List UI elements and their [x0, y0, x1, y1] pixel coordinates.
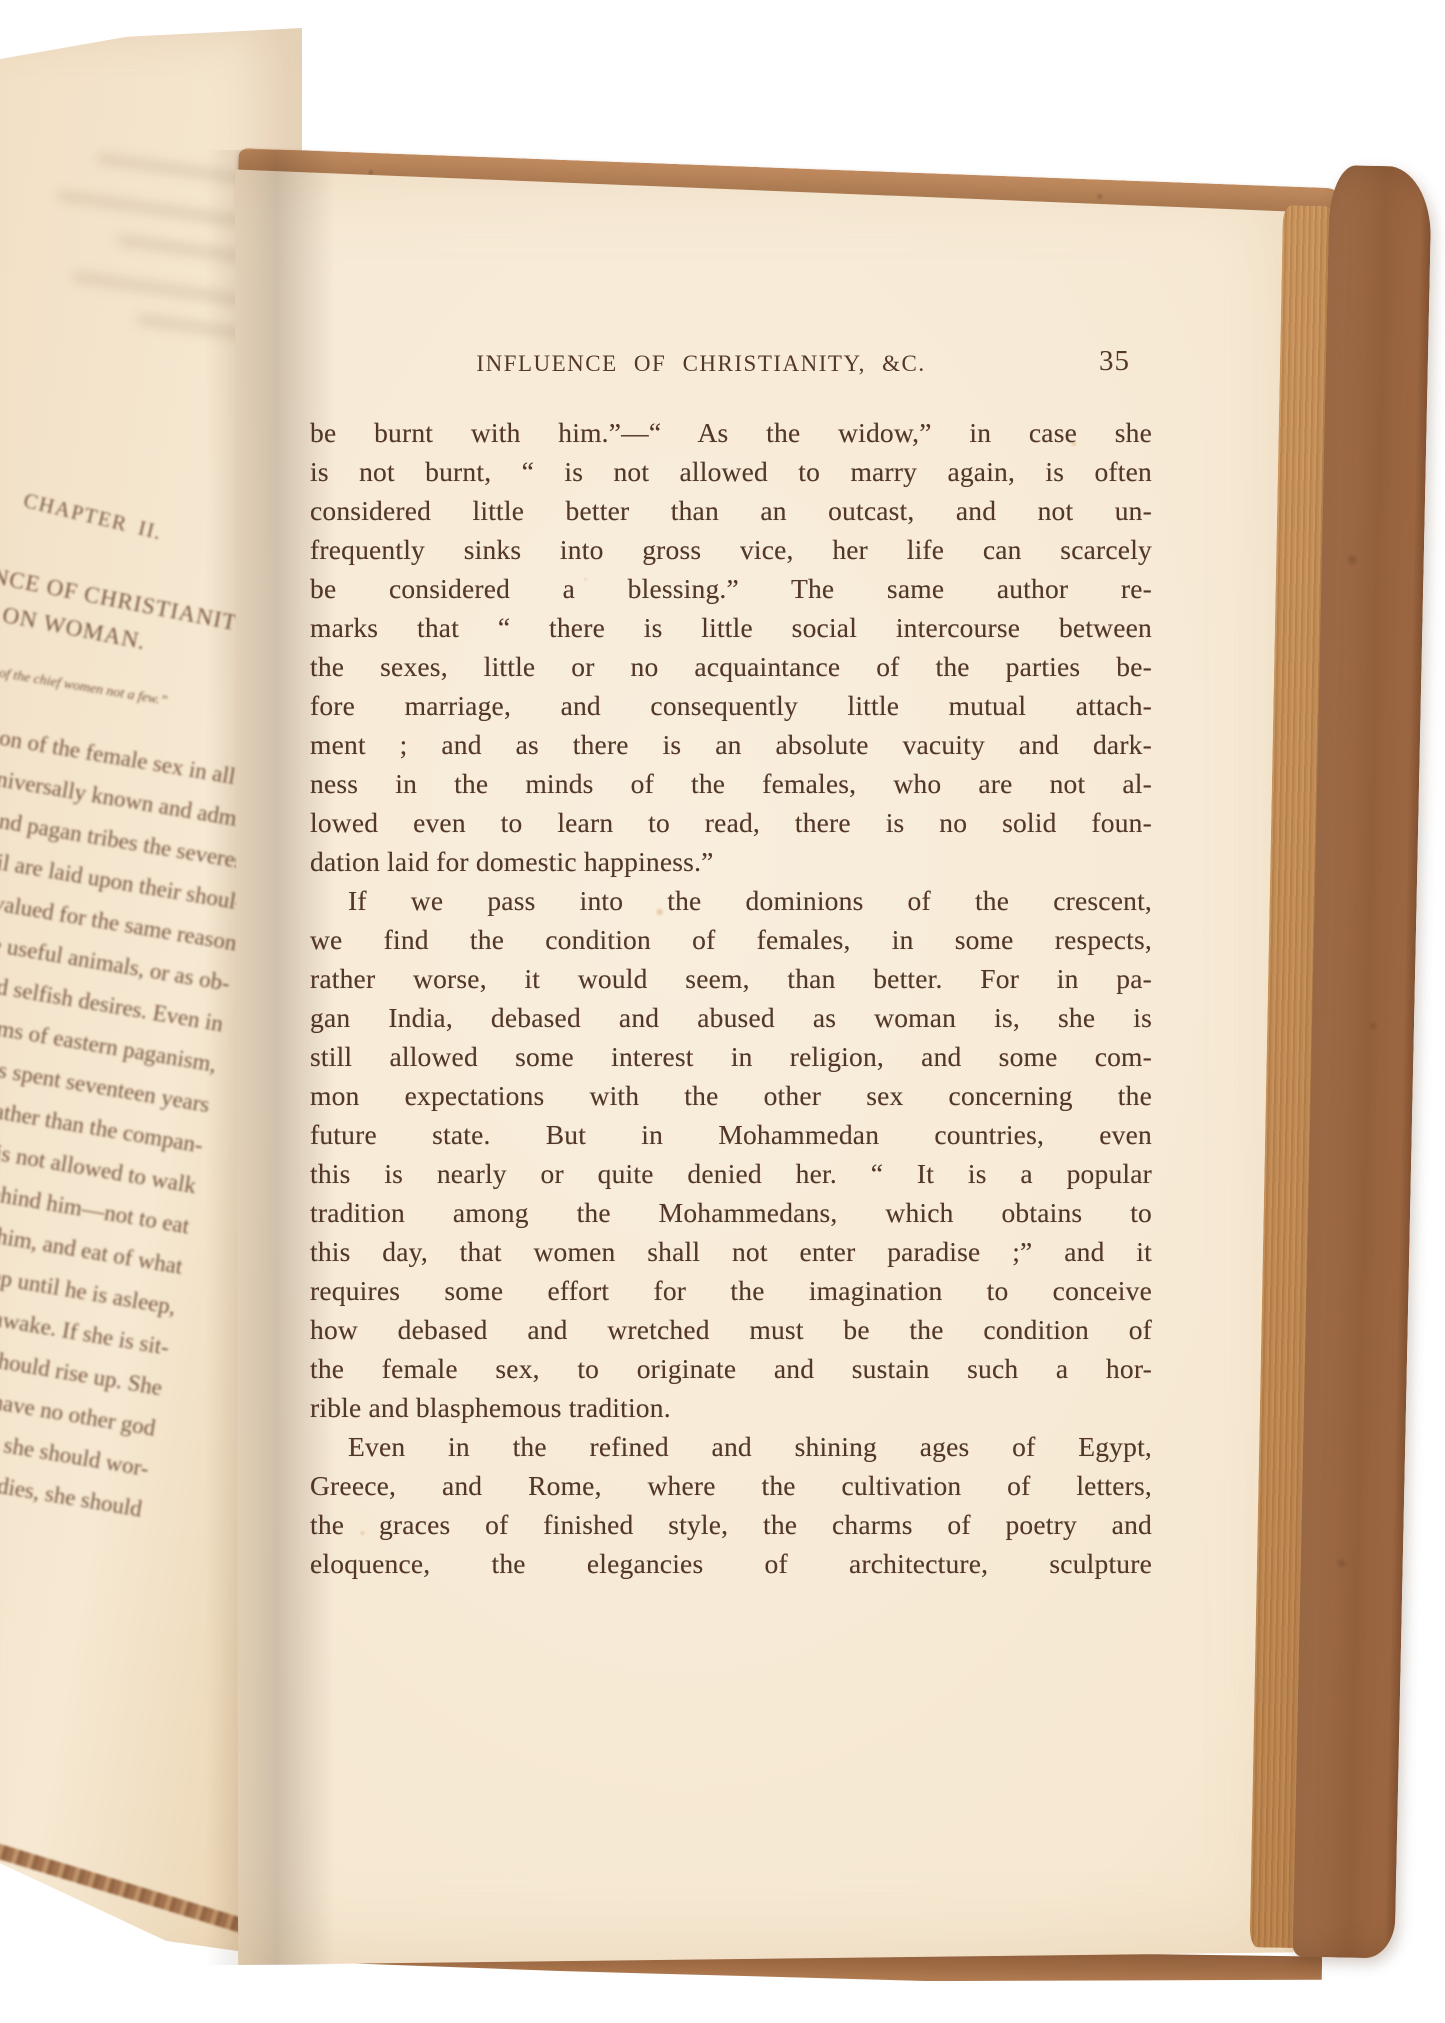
right-page-text: be burnt with him.”—“ As the widow,” in … [310, 413, 1152, 1583]
text-line: tradition among the Mohammedans, which o… [310, 1193, 1152, 1232]
text-line: frequently sinks into gross vice, her li… [310, 530, 1152, 569]
text-line: dation laid for domestic happiness.” [310, 842, 1152, 881]
text-line: we find the condition of females, in som… [310, 920, 1152, 959]
text-line: fore marriage, and consequently little m… [310, 686, 1152, 725]
text-line: still allowed some interest in religion,… [310, 1037, 1152, 1076]
text-line: considered little better than an outcast… [310, 491, 1152, 530]
text-line: the female sex, to originate and sustain… [310, 1349, 1152, 1388]
text-line: gan India, debased and abused as woman i… [310, 998, 1152, 1037]
text-line: how debased and wretched must be the con… [310, 1310, 1152, 1349]
text-line: this day, that women shall not enter par… [310, 1232, 1152, 1271]
text-line: ness in the minds of the females, who ar… [310, 764, 1152, 803]
text-line: Greece, and Rome, where the cultivation … [310, 1466, 1152, 1505]
text-line: be considered a blessing.” The same auth… [310, 569, 1152, 608]
text-line: rible and blasphemous tradition. [310, 1388, 1152, 1427]
right-page: INFLUENCE OF CHRISTIANITY, &C. 35 be bur… [235, 165, 1297, 1965]
left-page-fragments: condition of the female sex in all ouunt… [0, 691, 271, 1531]
text-line: Even in the refined and shining ages of … [310, 1427, 1152, 1466]
text-line: future state. But in Mohammedan countrie… [310, 1115, 1152, 1154]
running-header-row: INFLUENCE OF CHRISTIANITY, &C. 35 [310, 351, 1152, 387]
text-line: this is nearly or quite denied her. “ It… [310, 1154, 1152, 1193]
text-line: marks that “ there is little social inte… [310, 608, 1152, 647]
running-header: INFLUENCE OF CHRISTIANITY, &C. [310, 351, 1152, 377]
page-number: 35 [1099, 345, 1130, 378]
text-line: eloquence, the elegancies of architectur… [310, 1544, 1152, 1583]
text-line: rather worse, it would seem, than better… [310, 959, 1152, 998]
text-line: If we pass into the dominions of the cre… [310, 881, 1152, 920]
text-line: ment ; and as there is an absolute vacui… [310, 725, 1152, 764]
text-line: lowed even to learn to read, there is no… [310, 803, 1152, 842]
text-line: mon expectations with the other sex conc… [310, 1076, 1152, 1115]
text-line: requires some effort for the imagination… [310, 1271, 1152, 1310]
text-line: be burnt with him.”—“ As the widow,” in … [310, 413, 1152, 452]
text-line: the sexes, little or no acquaintance of … [310, 647, 1152, 686]
text-line: is not burnt, “ is not allowed to marry … [310, 452, 1152, 491]
text-line: the graces of finished style, the charms… [310, 1505, 1152, 1544]
